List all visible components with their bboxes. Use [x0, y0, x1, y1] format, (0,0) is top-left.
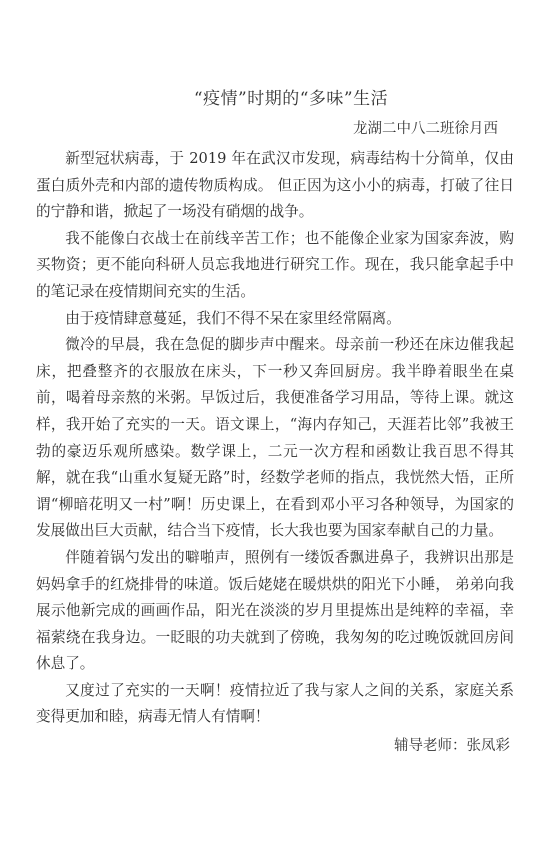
essay-body: 新型冠状病毒，于 2019 年在武汉市发现，病毒结构十分简单，仅由蛋白质外壳和内…: [36, 146, 514, 731]
paragraph-family: 伴随着锅勺发出的噼啪声，照例有一缕饭香飘进鼻子，我辨识出那是妈妈拿手的红烧排骨的…: [36, 545, 514, 678]
paragraph-intro: 新型冠状病毒，于 2019 年在武汉市发现，病毒结构十分简单，仅由蛋白质外壳和内…: [36, 146, 514, 226]
paragraph-conclusion: 又度过了充实的一天啊！疫情拉近了我与家人之间的关系，家庭关系变得更加和睦，病毒无…: [36, 678, 514, 731]
essay-title: “疫情”时期的“多味”生活: [0, 84, 538, 109]
document-page: “疫情”时期的“多味”生活 龙湖二中八二班徐月西 新型冠状病毒，于 2019 年…: [0, 0, 538, 864]
paragraph-cannot: 我不能像白衣战士在前线辛苦工作；也不能像企业家为国家奔波，购买物资；更不能向科研…: [36, 226, 514, 306]
paragraph-isolation: 由于疫情肆意蔓延，我们不得不呆在家里经常隔离。: [36, 306, 514, 333]
teacher-credit: 辅导老师：张凤彩: [394, 734, 510, 755]
author-line: 龙湖二中八二班徐月西: [353, 117, 498, 138]
paragraph-morning: 微冷的早晨，我在急促的脚步声中醒来。母亲前一秒还在床边催我起床，把叠整齐的衣服放…: [36, 332, 514, 545]
